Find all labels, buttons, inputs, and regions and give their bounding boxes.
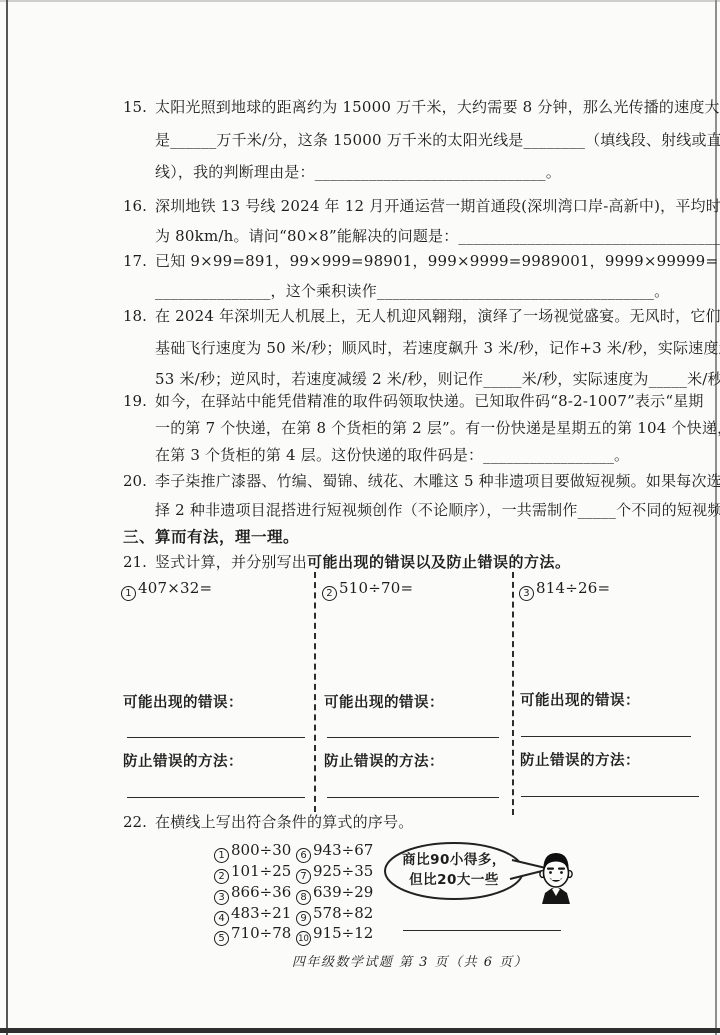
question-18-number: 18.	[123, 306, 147, 326]
circled-number-10: 10	[296, 931, 311, 946]
q22-item-3-text: 866÷36	[231, 883, 291, 901]
q22-item-4-text: 483÷21	[231, 904, 291, 922]
q21-prevent-label-2: 防止错误的方法：	[324, 752, 444, 772]
circled-number-7: 7	[296, 869, 311, 884]
question-17-line-2: _______________，这个乘积读作__________________…	[155, 281, 669, 301]
question-21-intro-normal: 竖式计算，并分别写出	[155, 553, 307, 571]
circled-number-2: 2	[322, 586, 337, 601]
question-20-line-1: 李子柒推广漆器、竹编、蜀锦、绒花、木雕这 5 种非遗项目要做短视频。如果每次选	[155, 471, 720, 491]
q21-error-label-1: 可能出现的错误：	[123, 693, 243, 713]
q21-prevent-answer-line-2	[327, 797, 499, 798]
circled-number-1: 1	[121, 586, 136, 601]
q21-error-answer-line-1	[127, 737, 305, 738]
q22-item-5-text: 710÷78	[231, 924, 291, 942]
column-divider-2	[512, 572, 514, 815]
circled-number-2: 2	[214, 869, 229, 884]
section-3-heading: 三、算而有法，理一理。	[123, 527, 299, 547]
q22-item-1-text: 800÷30	[231, 841, 291, 859]
question-19-number: 19.	[123, 391, 147, 411]
question-19-line-1: 如今，在驿站中能凭借精准的取件码领取快递。已知取件码“8-2-1007”表示“星…	[155, 391, 704, 411]
q22-item-7-text: 925÷35	[313, 862, 373, 880]
test-paper-page: 15. 太阳光照到地球的距离约为 15000 万千米，大约需要 8 分钟，那么光…	[0, 0, 720, 1035]
question-18-line-1: 在 2024 年深圳无人机展上，无人机迎风翱翔，演绎了一场视觉盛宴。无风时，它们…	[155, 306, 720, 326]
question-18-line-3: 53 米/秒；逆风时，若速度减缓 2 米/秒，则记作_____米/秒，实际速度为…	[155, 369, 720, 389]
circled-number-3: 3	[519, 586, 534, 601]
q22-item-9-text: 578÷82	[313, 904, 373, 922]
question-16-line-2: 为 80km/h。请问“80×8”能解决的问题是：_______________…	[155, 226, 720, 246]
q22-item-10-text: 915÷12	[313, 924, 373, 942]
q22-item-7: 7925÷35	[296, 862, 373, 884]
scan-edge-bottom	[0, 1028, 720, 1033]
q22-item-5: 5710÷78	[214, 924, 291, 946]
q22-item-9: 9578÷82	[296, 904, 373, 926]
question-17-line-1: 已知 9×99=891，99×999=98901，999×9999=998900…	[155, 251, 718, 271]
question-21-intro: 竖式计算，并分别写出可能出现的错误以及防止错误的方法。	[155, 552, 571, 572]
q21-expression-1: 1407×32=	[121, 578, 212, 601]
q21-expression-1-text: 407×32=	[138, 579, 212, 597]
q21-expression-3-text: 814÷26=	[536, 579, 610, 597]
q21-error-answer-line-2	[327, 737, 499, 738]
q22-item-6: 6943÷67	[296, 841, 373, 863]
scan-edge-left	[6, 0, 8, 1035]
question-17-number: 17.	[123, 251, 147, 271]
question-19-line-3: 在第 3 个货柜的第 4 层。这份快递的取件码是：_______________…	[155, 445, 629, 465]
scan-edge-top	[0, 0, 720, 2]
student-face-icon	[536, 849, 576, 905]
question-16-line-1: 深圳地铁 13 号线 2024 年 12 月开通运营一期首通段(深圳湾口岸-高新…	[155, 196, 720, 216]
circled-number-3: 3	[214, 890, 229, 905]
circled-number-1: 1	[214, 848, 229, 863]
question-16-number: 16.	[123, 196, 147, 216]
q22-item-8-text: 639÷29	[313, 883, 373, 901]
q22-item-1: 1800÷30	[214, 841, 291, 863]
q21-error-answer-line-3	[521, 736, 691, 737]
q22-item-6-text: 943÷67	[313, 841, 373, 859]
q22-item-4: 4483÷21	[214, 904, 291, 926]
q22-answer-line	[403, 930, 561, 931]
q22-item-3: 3866÷36	[214, 883, 291, 905]
q21-prevent-label-1: 防止错误的方法：	[123, 752, 243, 772]
question-20-number: 20.	[123, 471, 147, 491]
circled-number-8: 8	[296, 890, 311, 905]
question-15-line-1: 太阳光照到地球的距离约为 15000 万千米，大约需要 8 分钟，那么光传播的速…	[155, 97, 720, 117]
circled-number-5: 5	[214, 931, 229, 946]
page-footer: 四年级数学试题 第 3 页（共 6 页）	[200, 951, 620, 970]
column-divider-1	[314, 572, 316, 812]
speech-bubble-line-2: 但比20大一些	[388, 871, 520, 889]
q22-item-2-text: 101÷25	[231, 862, 291, 880]
q21-error-label-2: 可能出现的错误：	[324, 693, 444, 713]
q21-error-label-3: 可能出现的错误：	[520, 691, 640, 711]
q22-item-8: 8639÷29	[296, 883, 373, 905]
question-15-number: 15.	[123, 97, 147, 117]
q21-expression-2: 2510÷70=	[322, 578, 413, 601]
q22-item-10: 10915÷12	[296, 924, 373, 946]
q21-prevent-label-3: 防止错误的方法：	[520, 751, 640, 771]
circled-number-6: 6	[296, 848, 311, 863]
question-22-number: 22.	[123, 812, 147, 832]
question-21-intro-bold: 可能出现的错误以及防止错误的方法。	[307, 553, 571, 571]
question-22-title: 在横线上写出符合条件的算式的序号。	[155, 812, 413, 832]
question-15-line-2: 是______万千米/分，这条 15000 万千米的太阳光线是________（…	[155, 130, 720, 150]
question-19-line-2: 一的第 7 个快递，在第 8 个货柜的第 2 层”。有一份快递是星期五的第 10…	[155, 418, 720, 438]
q21-expression-2-text: 510÷70=	[339, 579, 413, 597]
question-20-line-2: 择 2 种非遗项目混搭进行短视频创作（不论顺序），一共需制作_____个不同的短…	[155, 500, 720, 520]
q22-item-2: 2101÷25	[214, 862, 291, 884]
speech-bubble-line-1: 商比90小得多，	[388, 851, 520, 869]
question-18-line-2: 基础飞行速度为 50 米/秒；顺风时，若速度飙升 3 米/秒，记作+3 米/秒，…	[155, 338, 720, 358]
q21-prevent-answer-line-1	[127, 797, 305, 798]
q21-expression-3: 3814÷26=	[519, 578, 610, 601]
question-15-line-3: 线），我的判断理由是：_____________________________…	[155, 162, 561, 182]
question-21-number: 21.	[123, 552, 147, 572]
q21-prevent-answer-line-3	[521, 796, 699, 797]
